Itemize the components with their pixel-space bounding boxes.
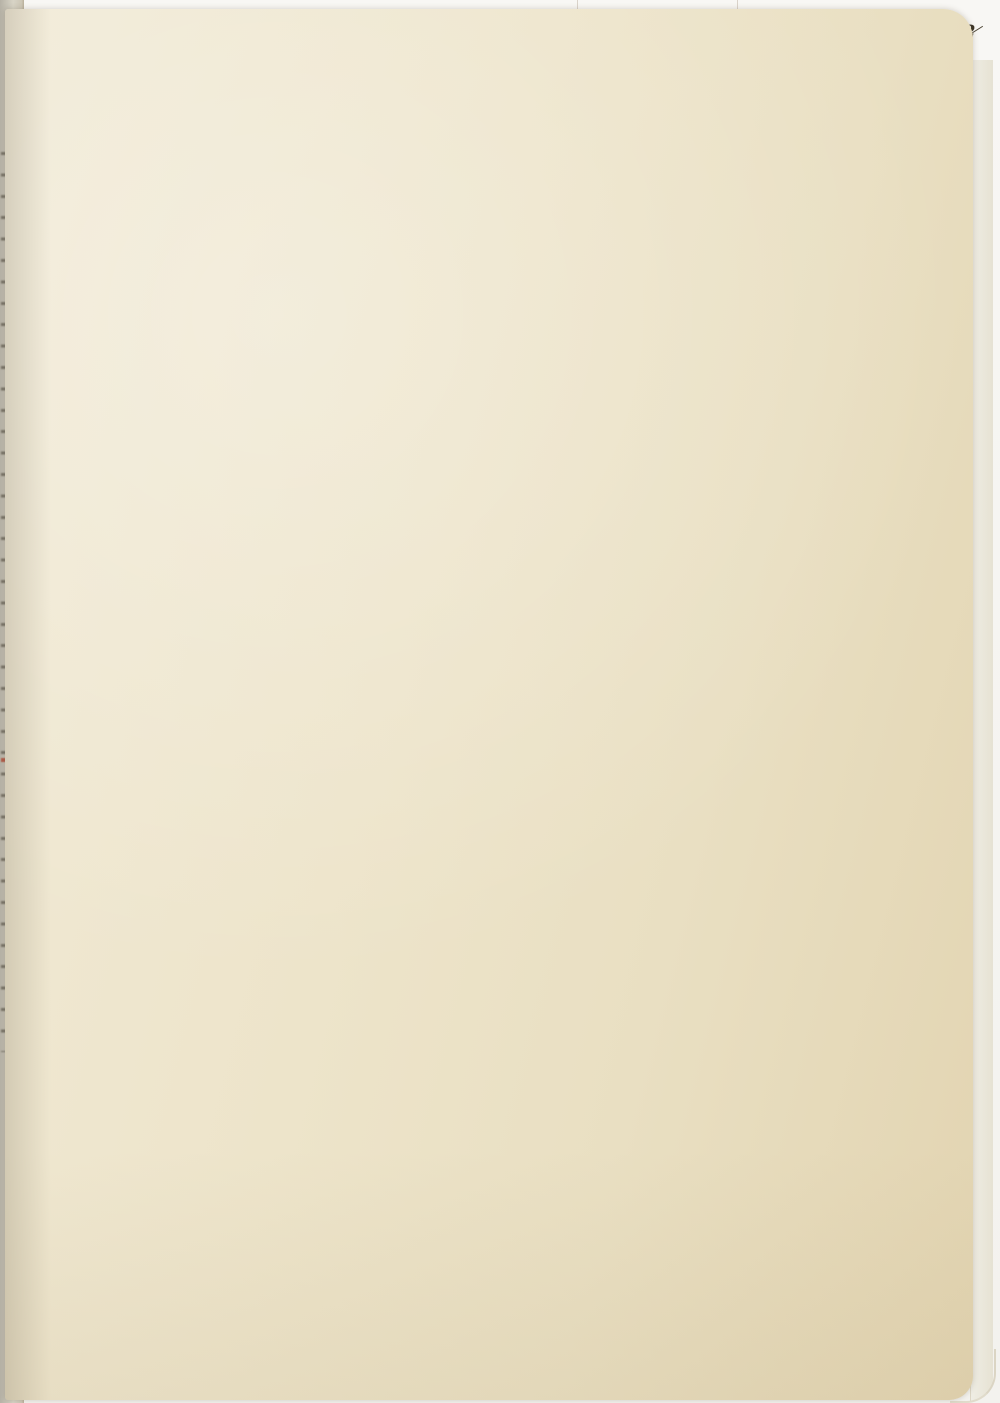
gutter-shadow	[5, 9, 51, 1400]
page-stack-edge	[970, 60, 993, 1401]
manuscript-page	[5, 9, 973, 1400]
manuscript-scan: der kunig. 302 Vn daz warn ir namen Benh…	[0, 0, 1000, 1403]
